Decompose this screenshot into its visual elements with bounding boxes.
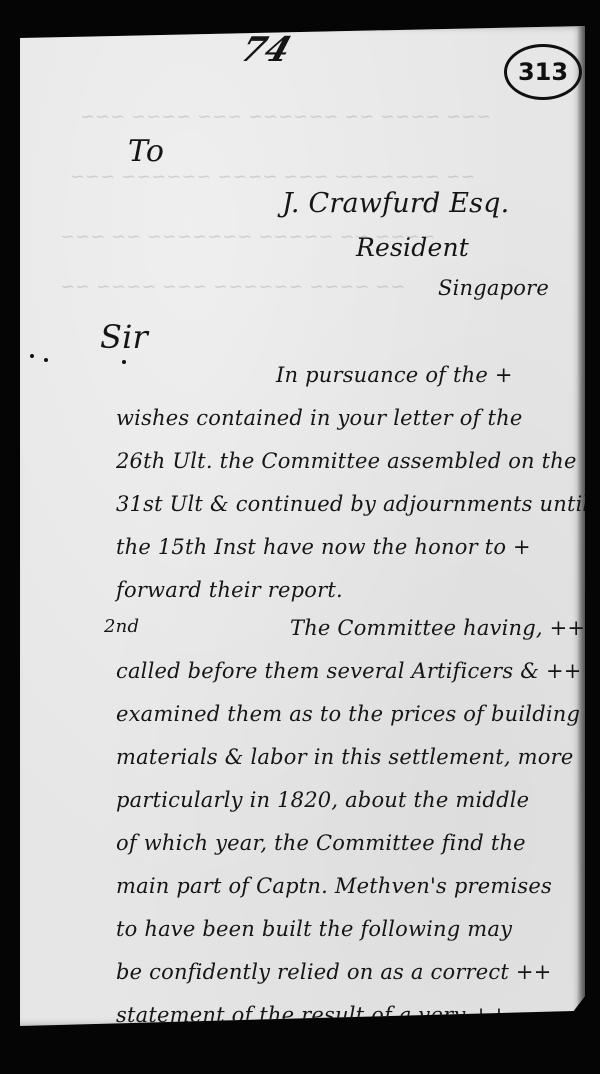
letter-line: to have been built the following may [116, 917, 512, 941]
letter-line: main part of Captn. Methven's premises [116, 874, 552, 898]
addressee-name: J. Crawfurd Esq. [282, 188, 509, 219]
archive-stamp-circle: 313 [504, 44, 582, 100]
salutation-to: To [128, 134, 164, 169]
ink-blot [30, 354, 34, 358]
greeting: Sir [100, 318, 148, 356]
letter-line: 26th Ult. the Committee assembled on the [116, 449, 577, 473]
ink-blot [122, 360, 126, 364]
letter-line: forward their report. [116, 578, 343, 602]
page-edge-shadow [577, 26, 585, 1026]
letter-line: materials & labor in this settlement, mo… [116, 745, 574, 769]
letter-line: wishes contained in your letter of the [116, 406, 522, 430]
bleed-through-text: ~~ ~~~~~~~ ~~~ ~~~~ ~~~~~~ ~~~ [70, 166, 476, 187]
addressee-place: Singapore [438, 276, 549, 300]
letter-line: particularly in 1820, about the middle [116, 788, 529, 812]
bleed-through-text: ~~~ ~~~~ ~~ ~~~~~~ ~~~ ~~~~ ~~~ [80, 106, 491, 127]
letter-line: be confidently relied on as a correct ++ [116, 960, 552, 984]
letter-line: examined them as to the prices of buildi… [116, 702, 580, 726]
paragraph-marker: 2nd [104, 616, 139, 637]
bleed-through-text: ~~ ~~~~ ~~~~~~ ~~~ ~~~~ ~~ [60, 276, 405, 297]
archive-stamp-number: 313 [518, 58, 568, 86]
letter-line: In pursuance of the + [276, 363, 513, 387]
manuscript-page: ~~~ ~~~~ ~~ ~~~~~~ ~~~ ~~~~ ~~~ ~~ ~~~~~… [20, 26, 585, 1026]
letter-line: the 15th Inst have now the honor to + [116, 535, 531, 559]
letter-line: called before them several Artificers & … [116, 659, 582, 683]
folio-number: 74 [236, 30, 297, 70]
ink-blot [44, 358, 48, 362]
letter-line: The Committee having, ++ [290, 616, 585, 640]
letter-line: of which year, the Committee find the [116, 831, 526, 855]
letter-line: statement of the result of a very ++ [116, 1003, 508, 1027]
letter-line: 31st Ult & continued by adjournments unt… [116, 492, 589, 516]
addressee-title: Resident [356, 233, 469, 262]
